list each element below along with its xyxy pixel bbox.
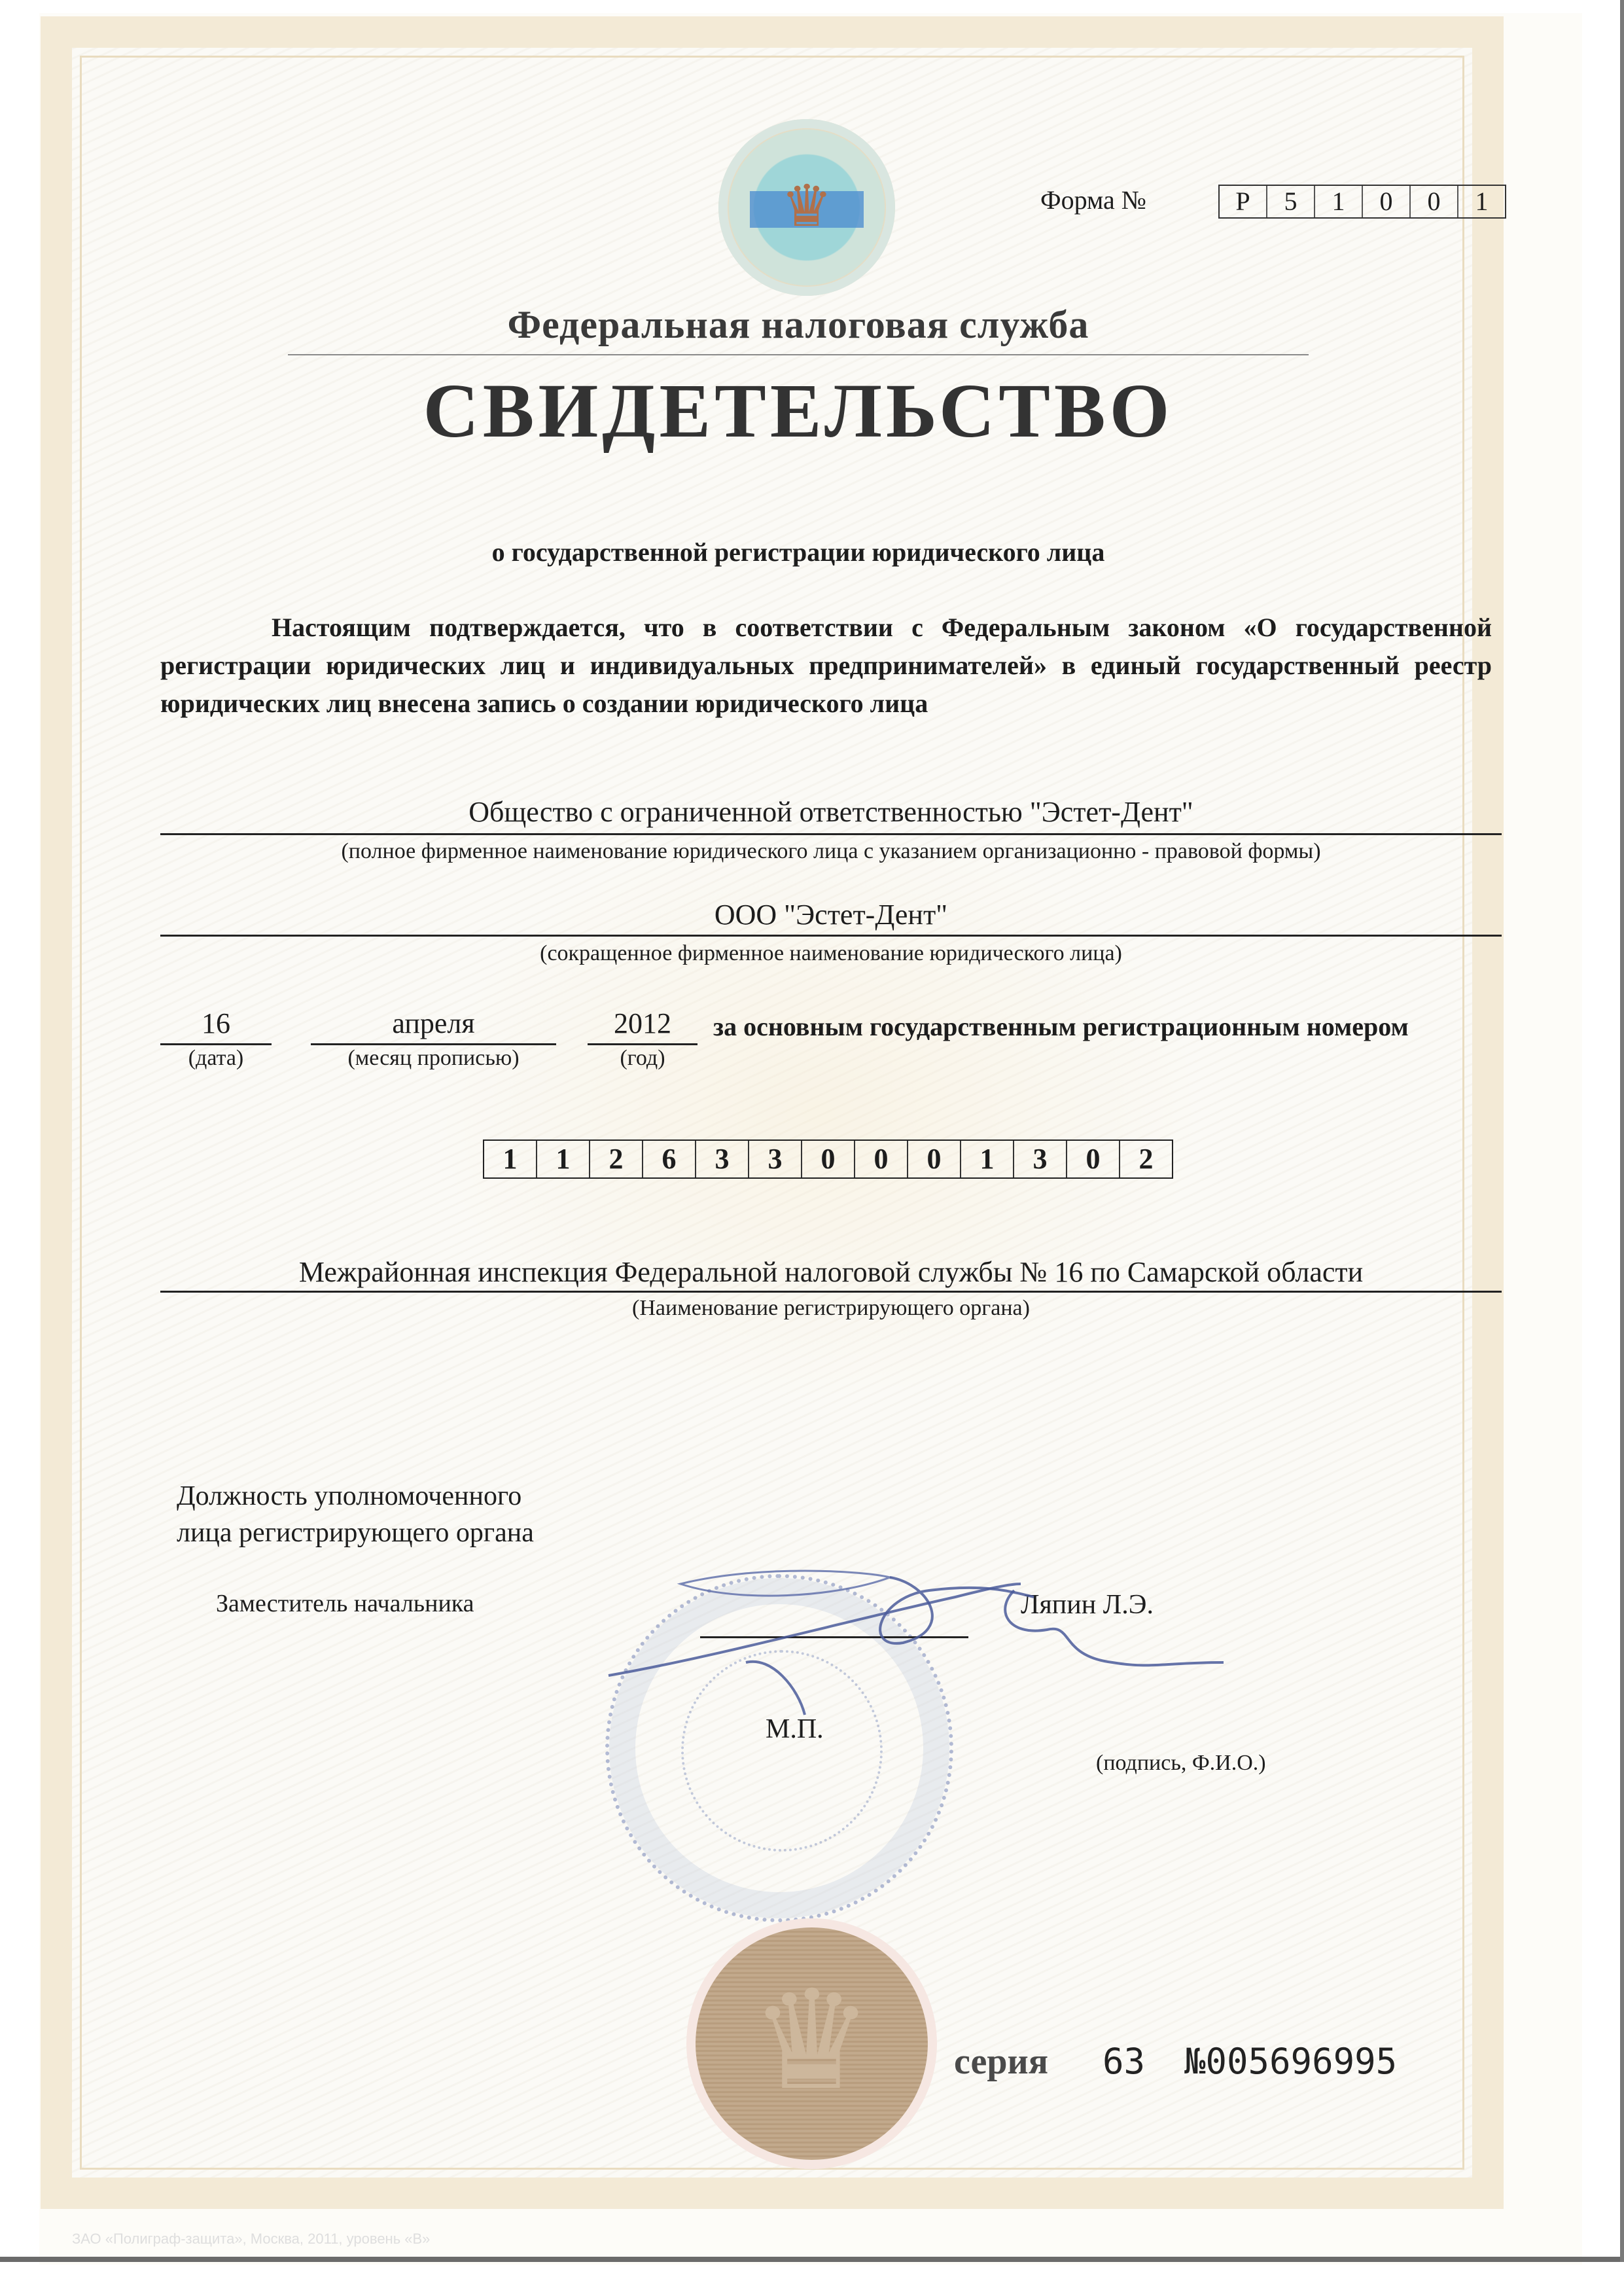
printer-note: ЗАО «Полиграф-защита», Москва, 2011, уро… [72, 2231, 430, 2248]
date-year-caption: (год) [588, 1046, 697, 1071]
position-label: Должность уполномоченного лица регистрир… [177, 1478, 534, 1551]
full-name-line [160, 833, 1502, 835]
header-divider [288, 354, 1309, 355]
date-month-value: апреля [311, 1007, 556, 1040]
short-name-value: ООО "Эстет-Дент" [160, 898, 1502, 931]
series-label: серия [954, 2041, 1048, 2083]
scan-edge-bottom [0, 2257, 1624, 2262]
ogrn-digit: 3 [696, 1141, 749, 1177]
full-name-caption: (полное фирменное наименование юридическ… [160, 839, 1502, 864]
ogrn-digit: 6 [643, 1141, 696, 1177]
paragraph-text: Настоящим подтверждается, что в соответс… [160, 609, 1492, 723]
short-name-caption: (сокращенное фирменное наименование юрид… [160, 941, 1502, 966]
ogrn-digit: 1 [484, 1141, 537, 1177]
position-value: Заместитель начальника [216, 1589, 474, 1618]
ogrn-digit: 1 [961, 1141, 1014, 1177]
form-number-digit: 0 [1411, 186, 1458, 217]
embossed-eagle-icon: ♛ [696, 1960, 928, 2124]
form-label: Форма № [1040, 185, 1146, 215]
position-label-line1: Должность уполномоченного [177, 1478, 534, 1515]
position-label-line2: лица регистрирующего органа [177, 1515, 534, 1551]
registering-body-line [160, 1291, 1502, 1293]
form-number-digit: 5 [1267, 186, 1315, 217]
ogrn-digit: 3 [1014, 1141, 1067, 1177]
short-name-line [160, 935, 1502, 937]
document-subtitle: о государственной регистрации юридическо… [288, 537, 1309, 567]
registering-body-value: Межрайонная инспекция Федеральной налого… [160, 1255, 1502, 1289]
ogrn-digit: 0 [1067, 1141, 1120, 1177]
date-year-value: 2012 [588, 1007, 697, 1040]
form-number-digit: Р [1220, 186, 1267, 217]
document-title: СВИДЕТЕЛЬСТВО [288, 367, 1309, 456]
ogrn-digit: 2 [1120, 1141, 1172, 1177]
certification-paragraph: Настоящим подтверждается, что в соответс… [160, 609, 1492, 723]
date-day-caption: (дата) [160, 1046, 272, 1071]
form-number-digit: 1 [1315, 186, 1363, 217]
scan-edge-right [1620, 0, 1624, 2262]
ogrn-digit: 0 [908, 1141, 961, 1177]
date-month-line [311, 1043, 556, 1045]
ogrn-boxes: 1126330001302 [483, 1139, 1173, 1179]
ogrn-intro-text: за основным государственным регистрацион… [713, 1011, 1409, 1042]
date-year-line [588, 1043, 697, 1045]
ogrn-digit: 1 [537, 1141, 590, 1177]
eagle-icon: ♛ [781, 171, 833, 243]
serial-number: №005696995 [1184, 2041, 1397, 2082]
full-name-value: Общество с ограниченной ответственностью… [160, 795, 1502, 829]
ogrn-digit: 3 [749, 1141, 802, 1177]
form-number-digit: 1 [1458, 186, 1505, 217]
form-number-boxes: Р51001 [1218, 185, 1506, 219]
registering-body-caption: (Наименование регистрирующего органа) [160, 1296, 1502, 1321]
ogrn-digit: 0 [802, 1141, 855, 1177]
hologram-emblem-icon: ♛ [718, 119, 895, 296]
form-number-digit: 0 [1363, 186, 1411, 217]
date-day-value: 16 [160, 1007, 272, 1040]
date-day-line [160, 1043, 272, 1045]
ogrn-digit: 0 [855, 1141, 908, 1177]
agency-name: Федеральная налоговая служба [288, 302, 1309, 348]
handwritten-signature-icon [589, 1558, 1256, 1767]
gold-seal-icon: ♛ [696, 1928, 928, 2160]
date-month-caption: (месяц прописью) [311, 1046, 556, 1071]
series-value: 63 [1103, 2041, 1145, 2082]
ogrn-digit: 2 [590, 1141, 643, 1177]
